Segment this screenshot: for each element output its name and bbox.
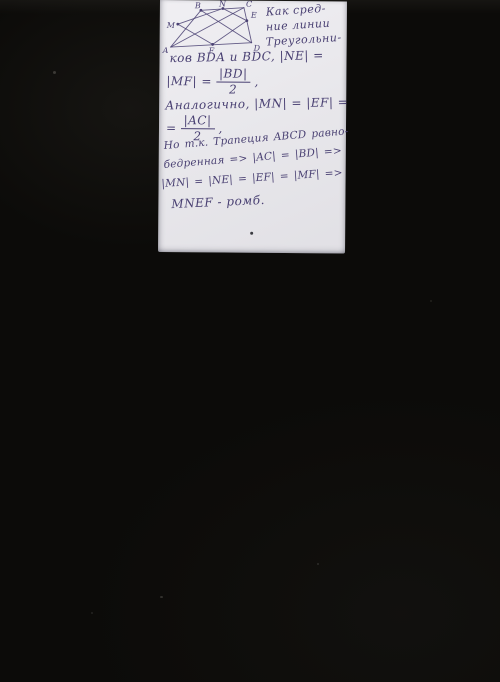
dust-speck: [430, 300, 432, 302]
handwritten-line: Треугольни-: [265, 32, 346, 49]
fraction-numerator: |AC|: [181, 114, 215, 129]
paper-speck: [250, 232, 253, 235]
equation-lhs: =: [166, 122, 177, 135]
diagram-point-m: [176, 23, 179, 26]
diagram-edge-ef: [213, 20, 247, 44]
diagram-label-a: A: [162, 46, 169, 55]
handwritten-line: MNEF - ромб.: [171, 194, 265, 211]
diagram-label-c: C: [246, 0, 252, 9]
equation-lhs: |MF| =: [166, 75, 212, 89]
diagram-edge-ne: [223, 8, 247, 20]
handwritten-line: Аналогично, |MN| = |EF| =: [165, 96, 348, 113]
diagram-point-f: [211, 43, 214, 46]
fraction-numerator: |BD|: [216, 67, 251, 82]
handwritten-line: ков BDA и BDC, |NE| =: [169, 49, 323, 65]
equation-after: ,: [254, 76, 258, 89]
dust-speck: [91, 612, 93, 614]
handwritten-line: Как сред-: [266, 2, 347, 19]
fraction: |BD| 2: [216, 67, 251, 97]
fraction-denominator: 2: [229, 83, 237, 97]
geometry-diagram: ABCDMNEF: [162, 0, 272, 57]
diagram-label-m: M: [166, 21, 176, 30]
dust-speck: [317, 563, 319, 565]
side-annotation: Как сред- ние линии Треугольни-: [266, 4, 346, 50]
handwritten-equation: |MF| = |BD| 2 ,: [166, 67, 259, 97]
dust-speck: [53, 71, 56, 74]
diagram-point-e: [245, 19, 248, 22]
diagram-label-n: N: [218, 0, 227, 9]
diagram-label-e: E: [250, 11, 257, 20]
note-paper: ABCDMNEF Как сред- ние линии Треугольни-…: [158, 0, 347, 253]
dust-speck: [160, 596, 163, 598]
handwritten-line: |MN| = |NE| = |EF| = |MF| =>: [161, 168, 343, 191]
scanned-photo: ABCDMNEF Как сред- ние линии Треугольни-…: [0, 0, 500, 682]
equation-after: ,: [218, 123, 222, 136]
diagram-label-b: B: [194, 1, 201, 10]
